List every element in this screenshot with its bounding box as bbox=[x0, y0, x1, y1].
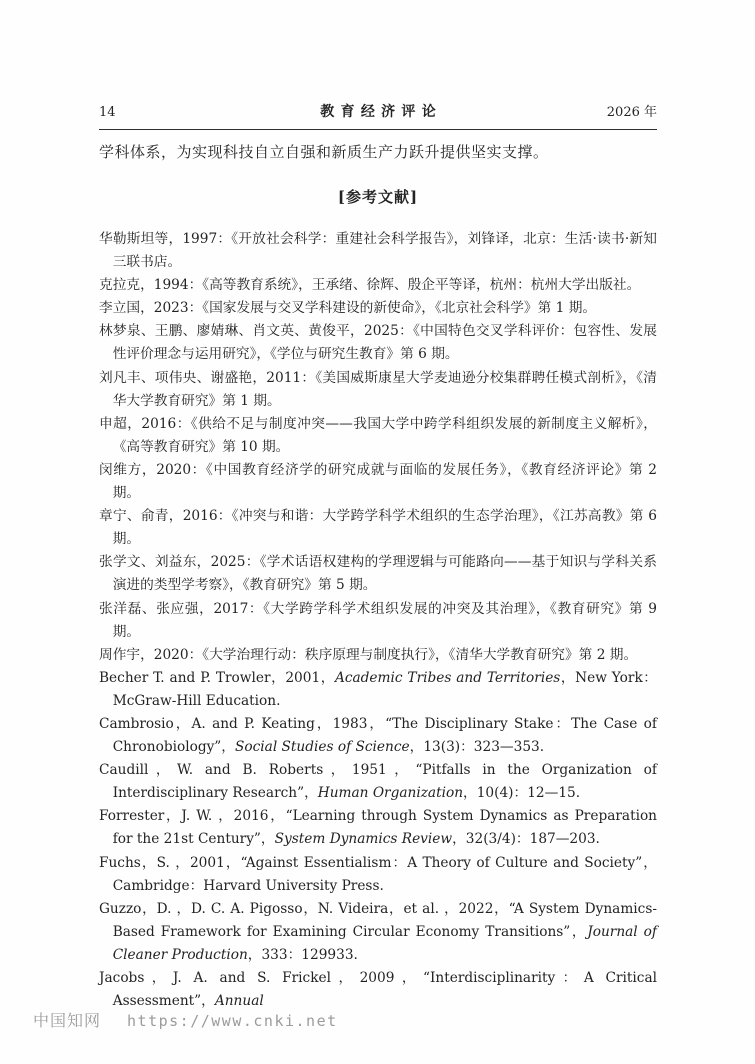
reference-journal-title: Annual bbox=[215, 993, 264, 1009]
reference-text: 张洋磊、张应强，2017：《大学跨学科学术组织发展的冲突及其治理》，《教育研究》… bbox=[99, 601, 657, 640]
reference-entry: Jacobs，J. A. and S. Frickel，2009，“Interd… bbox=[99, 967, 657, 1013]
reference-entry: Forrester，J. W. ，2016，“Learning through … bbox=[99, 805, 657, 851]
reference-text: Guzzo，D. ，D. C. A. Pigosso，N. Videira，et… bbox=[99, 901, 657, 940]
reference-journal-title: System Dynamics Review bbox=[275, 831, 452, 847]
cnki-url: https://www.cnki.net bbox=[127, 1012, 338, 1030]
page-number: 14 bbox=[99, 105, 159, 120]
references-list: 华勒斯坦等，1997：《开放社会科学：重建社会科学报告》，刘锋译，北京：生活·读… bbox=[99, 228, 657, 1013]
reference-entry: 李立国，2023：《国家发展与交叉学科建设的新使命》，《北京社会科学》第 1 期… bbox=[99, 297, 657, 320]
reference-text: ，333：129933. bbox=[248, 947, 358, 963]
reference-text: Becher T. and P. Trowler，2001， bbox=[99, 670, 335, 686]
reference-text: 张学文、刘益东，2025：《学术话语权建构的学理逻辑与可能路向——基于知识与学科… bbox=[99, 554, 657, 593]
reference-entry: 周作宇，2020：《大学治理行动：秩序原理与制度执行》，《清华大学教育研究》第 … bbox=[99, 644, 657, 667]
reference-text: ，13(3)：323—353. bbox=[410, 739, 544, 755]
reference-entry: Becher T. and P. Trowler，2001，Academic T… bbox=[99, 667, 657, 713]
reference-entry: Fuchs，S. ，2001，“Against Essentialism：A T… bbox=[99, 852, 657, 898]
reference-text: 周作宇，2020：《大学治理行动：秩序原理与制度执行》，《清华大学教育研究》第 … bbox=[99, 647, 637, 663]
reference-text: Jacobs，J. A. and S. Frickel，2009，“Interd… bbox=[99, 970, 657, 1009]
reference-text: 克拉克，1994：《高等教育系统》，王承绪、徐辉、殷企平等译，杭州：杭州大学出版… bbox=[99, 277, 640, 293]
reference-text: 章宁、俞青，2016：《冲突与和谐：大学跨学科学术组织的生态学治理》，《江苏高教… bbox=[99, 508, 657, 547]
year-label: 2026 年 bbox=[597, 101, 657, 120]
reference-entry: 申超，2016：《供给不足与制度冲突——我国大学中跨学科组织发展的新制度主义解析… bbox=[99, 413, 657, 459]
reference-journal-title: Social Studies of Science bbox=[235, 739, 410, 755]
reference-entry: 章宁、俞青，2016：《冲突与和谐：大学跨学科学术组织的生态学治理》，《江苏高教… bbox=[99, 505, 657, 551]
reference-text: 刘凡丰、项伟央、谢盛艳，2011：《美国威斯康星大学麦迪逊分校集群聘任模式剖析》… bbox=[99, 370, 657, 409]
closing-paragraph: 学科体系，为实现科技自立自强和新质生产力跃升提供坚实支撑。 bbox=[99, 141, 657, 163]
reference-text: 林梦泉、王鹏、廖婧琳、肖文英、黄俊平，2025：《中国特色交叉学科评价：包容性、… bbox=[99, 323, 657, 362]
reference-journal-title: Human Organization bbox=[318, 785, 463, 801]
reference-journal-title: Academic Tribes and Territories bbox=[335, 670, 560, 686]
reference-entry: 张洋磊、张应强，2017：《大学跨学科学术组织发展的冲突及其治理》，《教育研究》… bbox=[99, 598, 657, 644]
reference-text: 华勒斯坦等，1997：《开放社会科学：重建社会科学报告》，刘锋译，北京：生活·读… bbox=[99, 231, 657, 270]
journal-title: 教育经济评论 bbox=[159, 101, 597, 121]
page-footer: 中国知网 https://www.cnki.net bbox=[33, 1008, 338, 1031]
reference-text: 李立国，2023：《国家发展与交叉学科建设的新使命》，《北京社会科学》第 1 期… bbox=[99, 300, 596, 316]
reference-entry: Caudill，W. and B. Roberts，1951，“Pitfalls… bbox=[99, 759, 657, 805]
reference-entry: 林梦泉、王鹏、廖婧琳、肖文英、黄俊平，2025：《中国特色交叉学科评价：包容性、… bbox=[99, 320, 657, 366]
reference-text: 申超，2016：《供给不足与制度冲突——我国大学中跨学科组织发展的新制度主义解析… bbox=[99, 416, 657, 455]
reference-entry: 闵维方，2020：《中国教育经济学的研究成就与面临的发展任务》，《教育经济评论》… bbox=[99, 459, 657, 505]
reference-text: ，32(3/4)：187—203. bbox=[452, 831, 600, 847]
reference-text: Fuchs，S. ，2001，“Against Essentialism：A T… bbox=[99, 855, 657, 894]
page-header: 14 教育经济评论 2026 年 bbox=[99, 101, 657, 130]
reference-entry: 张学文、刘益东，2025：《学术话语权建构的学理逻辑与可能路向——基于知识与学科… bbox=[99, 551, 657, 597]
reference-text: ，10(4)：12—15. bbox=[463, 785, 580, 801]
reference-entry: 刘凡丰、项伟央、谢盛艳，2011：《美国威斯康星大学麦迪逊分校集群聘任模式剖析》… bbox=[99, 367, 657, 413]
reference-entry: Guzzo，D. ，D. C. A. Pigosso，N. Videira，et… bbox=[99, 898, 657, 967]
references-heading: [参考文献] bbox=[99, 186, 657, 207]
reference-entry: 华勒斯坦等，1997：《开放社会科学：重建社会科学报告》，刘锋译，北京：生活·读… bbox=[99, 228, 657, 274]
document-page: 14 教育经济评论 2026 年 学科体系，为实现科技自立自强和新质生产力跃升提… bbox=[0, 0, 755, 1064]
reference-text: 闵维方，2020：《中国教育经济学的研究成就与面临的发展任务》，《教育经济评论》… bbox=[99, 462, 657, 501]
reference-entry: 克拉克，1994：《高等教育系统》，王承绪、徐辉、殷企平等译，杭州：杭州大学出版… bbox=[99, 274, 657, 297]
reference-entry: Cambrosio，A. and P. Keating，1983，“The Di… bbox=[99, 713, 657, 759]
cnki-watermark: 中国知网 bbox=[33, 1008, 101, 1031]
